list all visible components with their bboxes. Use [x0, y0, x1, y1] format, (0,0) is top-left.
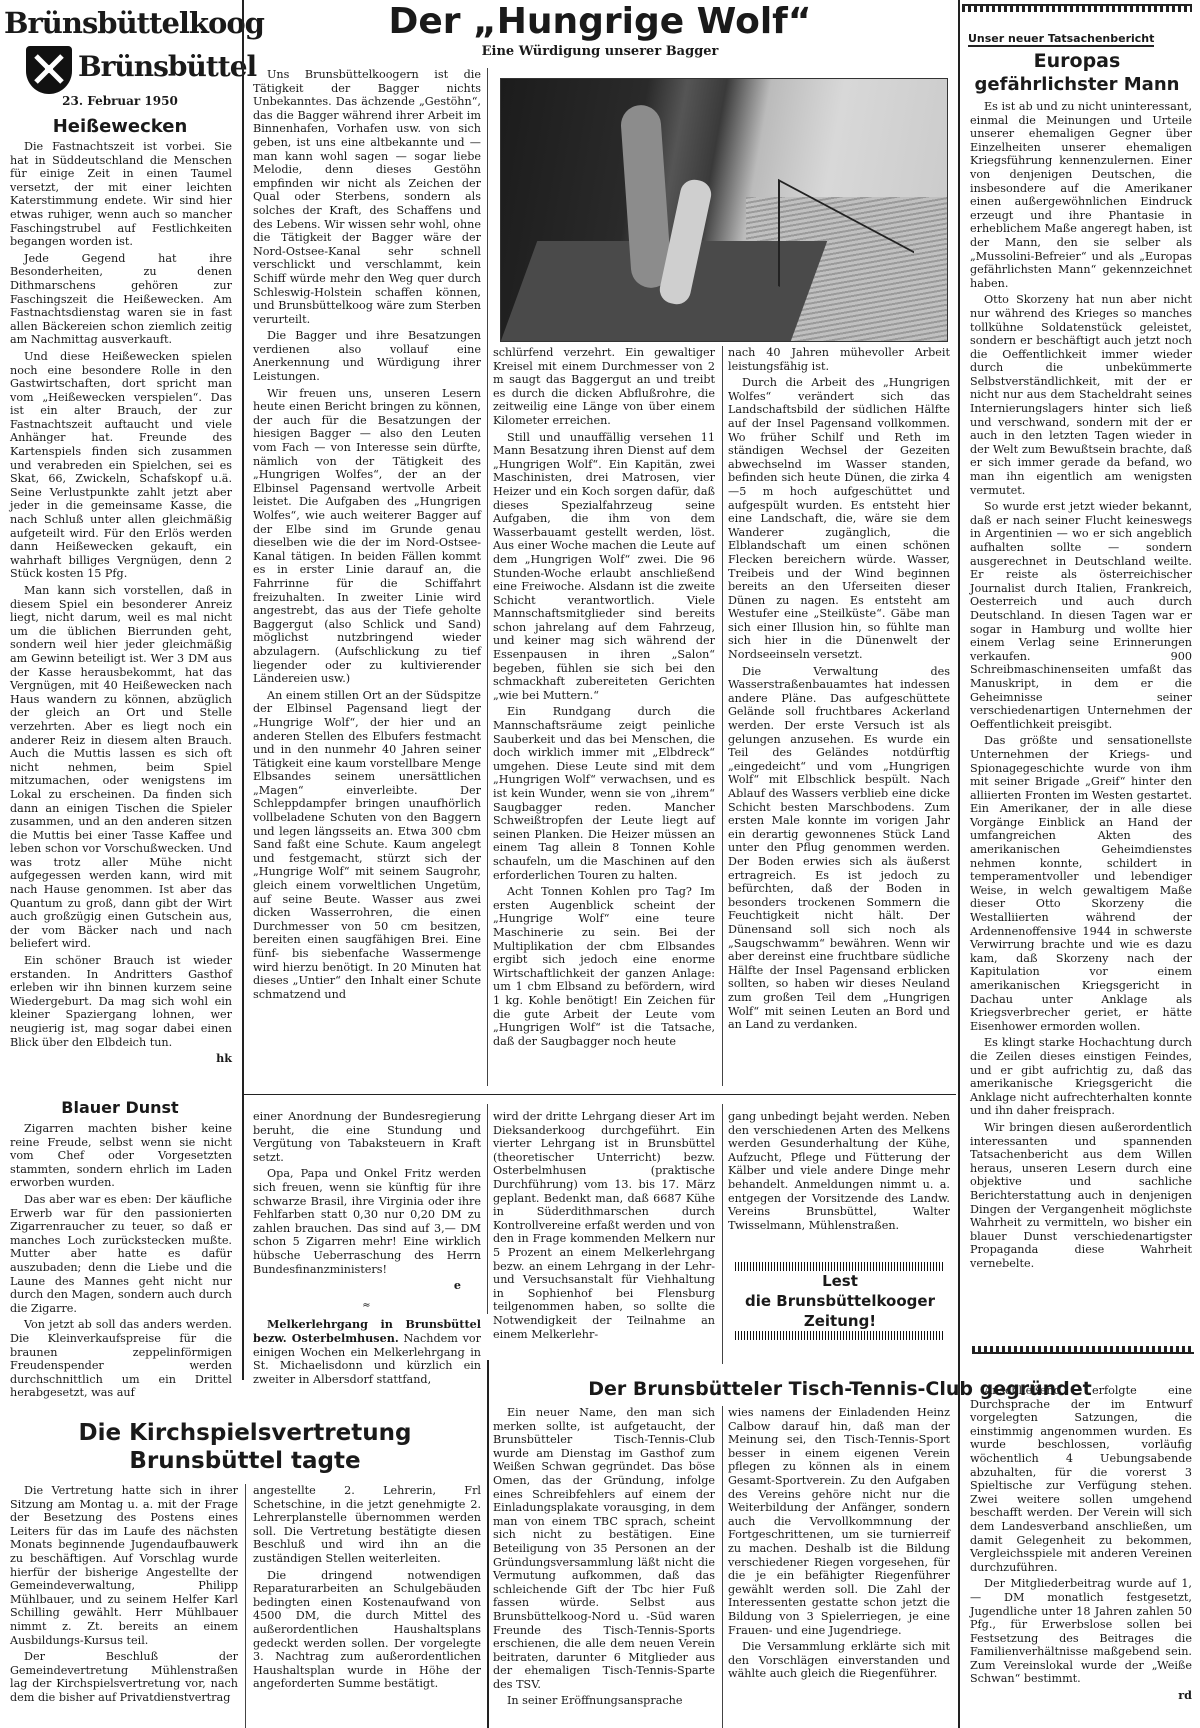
- advert-line2: die Brunsbüttelkooger: [735, 1291, 945, 1311]
- kirchspiel-col1: Die Vertretung hatte sich in ihrer Sitzu…: [10, 1484, 238, 1708]
- column-rule: [245, 1484, 246, 1728]
- paragraph: Es ist ab und zu nicht uninteressant, ei…: [970, 100, 1192, 290]
- column-rule: [958, 0, 960, 1728]
- column-rule: [722, 346, 723, 1086]
- masthead-line2: Brünsbüttel: [78, 50, 256, 83]
- paragraph: wies namens der Einladenden Heinz Calbow…: [728, 1406, 950, 1637]
- paragraph: Der Beschluß der Gemeindevertretung Mühl…: [10, 1650, 238, 1704]
- paragraph: schlürfend verzehrt. Ein gewaltiger Krei…: [493, 346, 715, 428]
- paragraph: Uns Brunsbüttelkoogern ist die Tätigkeit…: [253, 68, 481, 326]
- tischtennis-col1: Ein neuer Name, den man sich merken soll…: [493, 1406, 715, 1711]
- column-rule: [242, 0, 244, 1380]
- paragraph: Es klingt starke Hochachtung durch die Z…: [970, 1036, 1192, 1118]
- article-title-heissewecken: Heißewecken: [0, 116, 240, 137]
- paragraph: Die Fastnachtszeit ist vorbei. Sie hat i…: [10, 140, 232, 249]
- signature: hk: [10, 1052, 232, 1066]
- advert-line1: Lest: [735, 1271, 945, 1291]
- article-body-europas: Es ist ab und zu nicht uninteressant, ei…: [970, 100, 1192, 1273]
- article-title-hungrige-wolf: Der „Hungrige Wolf“: [240, 0, 960, 44]
- article-title-blauer-dunst: Blauer Dunst: [0, 1098, 240, 1117]
- column-rule: [487, 1360, 489, 1728]
- paragraph: Die Versammlung erklärte sich mit den Vo…: [728, 1640, 950, 1681]
- paragraph: Ein schöner Brauch ist wieder erstanden.…: [10, 954, 232, 1049]
- horizontal-rule: [244, 1094, 956, 1095]
- advert-line3: Zeitung!: [735, 1311, 945, 1331]
- column-rule: [722, 1104, 723, 1364]
- paragraph: einer Anordnung der Bundesregierung beru…: [253, 1110, 481, 1164]
- paragraph: Zigarren machten bisher keine reine Freu…: [10, 1122, 232, 1190]
- paragraph: angestellte 2. Lehrerin, Frl Schetschine…: [253, 1484, 481, 1566]
- paragraph: Die Verwaltung des Wasserstraßenbauamtes…: [728, 665, 950, 1032]
- signature: rd: [970, 1689, 1192, 1703]
- issue-date: 23. Februar 1950: [0, 94, 240, 108]
- paragraph: Ein Rundgang durch die Mannschaftsräume …: [493, 705, 715, 882]
- article-title-europas-line2: gefährlichster Mann: [962, 74, 1192, 95]
- dredger-photo: [500, 78, 948, 342]
- article-body-blauer-dunst-continued: einer Anordnung der Bundesregierung beru…: [253, 1110, 481, 1389]
- column-rule: [487, 1104, 488, 1314]
- paragraph: Der Mitgliederbeitrag wurde auf 1,— DM m…: [970, 1577, 1192, 1686]
- paragraph: Das größte und sensationellste Unternehm…: [970, 734, 1192, 1033]
- column-rule: [722, 1406, 723, 1728]
- paragraph: Wir freuen uns, unseren Lesern heute ein…: [253, 387, 481, 686]
- paragraph: Jede Gegend hat ihre Besonderheiten, zu …: [10, 252, 232, 347]
- paragraph: Opa, Papa und Onkel Fritz werden sich fr…: [253, 1167, 481, 1276]
- advert-lest-zeitung: Lest die Brunsbüttelkooger Zeitung!: [735, 1262, 945, 1340]
- paragraph: So wurde erst jetzt wieder bekannt, daß …: [970, 500, 1192, 731]
- decorative-border: [735, 1262, 945, 1271]
- paragraph: Die Bagger und ihre Besatzungen verdiene…: [253, 329, 481, 383]
- signature: e: [253, 1279, 481, 1293]
- article-kicker: Unser neuer Tatsachenbericht: [968, 32, 1154, 47]
- paragraph: Still und unauffällig versehen 11 Mann B…: [493, 431, 715, 703]
- masthead: Brünsbüttelkoog Brünsbüttel: [4, 6, 236, 106]
- paragraph: Otto Skorzeny hat nun aber nicht nur wäh…: [970, 293, 1192, 497]
- decorative-border: [735, 1331, 945, 1340]
- crest-icon: [26, 46, 72, 94]
- article-title-kirchspiel-line1: Die Kirchspielsvertretung: [0, 1420, 490, 1446]
- hungrige-wolf-col1: Uns Brunsbüttelkoogern ist die Tätigkeit…: [253, 68, 481, 1004]
- ornament-divider: ≈: [253, 1299, 481, 1313]
- paragraph: Acht Tonnen Kohlen pro Tag? Im ersten Au…: [493, 885, 715, 1048]
- melkerlehrgang-col3: gang unbedingt bejaht werden. Neben den …: [728, 1110, 950, 1235]
- paragraph: nach 40 Jahren mühevoller Arbeit leistun…: [728, 346, 950, 373]
- paragraph: Man kann sich vorstellen, daß in diesem …: [10, 584, 232, 951]
- article-body-blauer-dunst: Zigarren machten bisher keine reine Freu…: [10, 1122, 232, 1403]
- article-subtitle-hungrige-wolf: Eine Würdigung unserer Bagger: [240, 44, 960, 59]
- paragraph: Das aber war es eben: Der käufliche Erwe…: [10, 1193, 232, 1315]
- column-rule: [487, 68, 488, 348]
- article-body-heissewecken: Die Fastnachtszeit ist vorbei. Sie hat i…: [10, 140, 232, 1066]
- paragraph: Die dringend notwendigen Reparaturarbeit…: [253, 1569, 481, 1691]
- paragraph: Wir bringen diesen außerordentlich inter…: [970, 1121, 1192, 1271]
- masthead-line1: Brünsbüttelkoog: [4, 6, 264, 40]
- paragraph: wird der dritte Lehrgang dieser Art im D…: [493, 1110, 715, 1341]
- paragraph: Und diese Heißewecken spielen noch eine …: [10, 350, 232, 581]
- article-title-europas-line1: Europas: [962, 50, 1192, 72]
- paragraph: gang unbedingt bejaht werden. Neben den …: [728, 1110, 950, 1232]
- tischtennis-col2: wies namens der Einladenden Heinz Calbow…: [728, 1406, 950, 1684]
- paragraph: An einem stillen Ort an der Südspitze de…: [253, 689, 481, 1002]
- melkerlehrgang-col2: wird der dritte Lehrgang dieser Art im D…: [493, 1110, 715, 1344]
- paragraph: Durch die Arbeit des „Hungrigen Wolfes“ …: [728, 376, 950, 661]
- paragraph: Von jetzt ab soll das anders werden. Die…: [10, 1318, 232, 1400]
- hungrige-wolf-col2: schlürfend verzehrt. Ein gewaltiger Krei…: [493, 346, 715, 1051]
- paragraph: Anschließend erfolgte eine Durchsprache …: [970, 1384, 1192, 1574]
- ornament-border-bottom: [972, 1346, 1194, 1354]
- article-title-kirchspiel-line2: Brunsbüttel tagte: [0, 1448, 490, 1474]
- column-rule: [487, 346, 488, 1086]
- hungrige-wolf-col3: nach 40 Jahren mühevoller Arbeit leistun…: [728, 346, 950, 1035]
- paragraph: Ein neuer Name, den man sich merken soll…: [493, 1406, 715, 1691]
- paragraph: Die Vertretung hatte sich in ihrer Sitzu…: [10, 1484, 238, 1647]
- tischtennis-col3: Anschließend erfolgte eine Durchsprache …: [970, 1384, 1192, 1703]
- kirchspiel-col2: angestellte 2. Lehrerin, Frl Schetschine…: [253, 1484, 481, 1694]
- paragraph: In seiner Eröffnungsansprache: [493, 1694, 715, 1708]
- ornament-border-top: [962, 4, 1192, 12]
